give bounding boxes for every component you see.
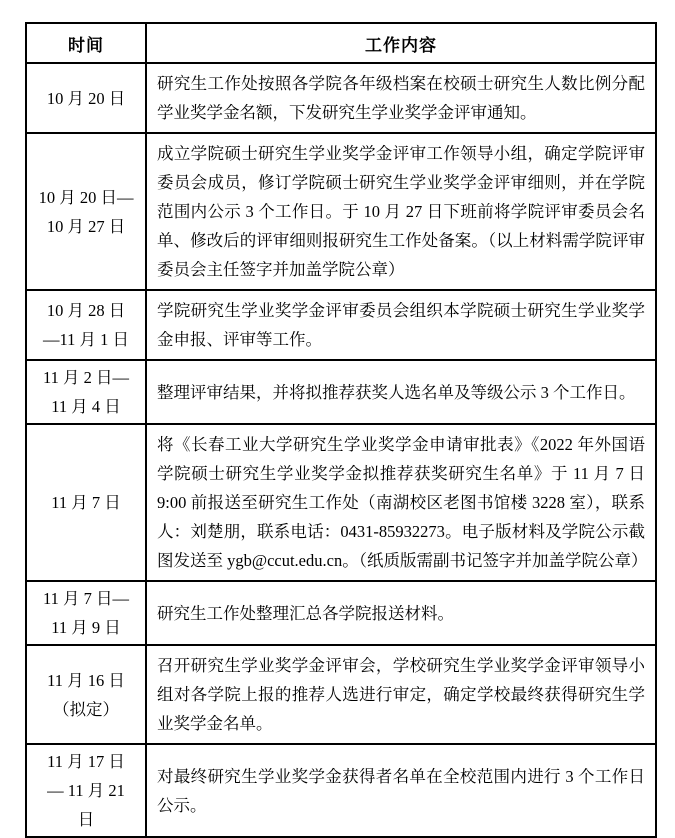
time-cell: 11 月 17 日 — 11 月 21 日: [26, 744, 146, 837]
content-cell: 对最终研究生学业奖学金获得者名单在全校范围内进行 3 个工作日公示。: [146, 744, 656, 837]
content-column-header: 工作内容: [146, 23, 656, 63]
time-cell: 11 月 2 日— 11 月 4 日: [26, 360, 146, 424]
table-row: 11 月 7 日 将《长春工业大学研究生学业奖学金申请审批表》《2022 年外国…: [26, 424, 656, 581]
time-cell: 11 月 7 日— 11 月 9 日: [26, 581, 146, 645]
time-cell: 10 月 20 日: [26, 63, 146, 133]
time-cell: 10 月 28 日 —11 月 1 日: [26, 290, 146, 360]
content-cell: 学院研究生学业奖学金评审委员会组织本学院硕士研究生学业奖学金申报、评审等工作。: [146, 290, 656, 360]
table-row: 11 月 7 日— 11 月 9 日 研究生工作处整理汇总各学院报送材料。: [26, 581, 656, 645]
schedule-table: 时间 工作内容 10 月 20 日 研究生工作处按照各学院各年级档案在校硕士研究…: [25, 22, 657, 838]
content-cell: 成立学院硕士研究生学业奖学金评审工作领导小组，确定学院评审委员会成员，修订学院硕…: [146, 133, 656, 290]
table-row: 11 月 2 日— 11 月 4 日 整理评审结果，并将拟推荐获奖人选名单及等级…: [26, 360, 656, 424]
header-row: 时间 工作内容: [26, 23, 656, 63]
table-row: 10 月 20 日— 10 月 27 日 成立学院硕士研究生学业奖学金评审工作领…: [26, 133, 656, 290]
time-cell: 11 月 16 日 （拟定）: [26, 645, 146, 744]
table-row: 11 月 17 日 — 11 月 21 日 对最终研究生学业奖学金获得者名单在全…: [26, 744, 656, 837]
time-column-header: 时间: [26, 23, 146, 63]
content-cell: 整理评审结果，并将拟推荐获奖人选名单及等级公示 3 个工作日。: [146, 360, 656, 424]
time-cell: 10 月 20 日— 10 月 27 日: [26, 133, 146, 290]
table-row: 10 月 28 日 —11 月 1 日 学院研究生学业奖学金评审委员会组织本学院…: [26, 290, 656, 360]
content-cell: 召开研究生学业奖学金评审会，学校研究生学业奖学金评审领导小组对各学院上报的推荐人…: [146, 645, 656, 744]
time-cell: 11 月 7 日: [26, 424, 146, 581]
content-cell: 研究生工作处整理汇总各学院报送材料。: [146, 581, 656, 645]
document-page: 时间 工作内容 10 月 20 日 研究生工作处按照各学院各年级档案在校硕士研究…: [0, 0, 675, 769]
content-cell: 将《长春工业大学研究生学业奖学金申请审批表》《2022 年外国语学院硕士研究生学…: [146, 424, 656, 581]
table-row: 11 月 16 日 （拟定） 召开研究生学业奖学金评审会，学校研究生学业奖学金评…: [26, 645, 656, 744]
table-row: 10 月 20 日 研究生工作处按照各学院各年级档案在校硕士研究生人数比例分配学…: [26, 63, 656, 133]
content-cell: 研究生工作处按照各学院各年级档案在校硕士研究生人数比例分配学业奖学金名额，下发研…: [146, 63, 656, 133]
